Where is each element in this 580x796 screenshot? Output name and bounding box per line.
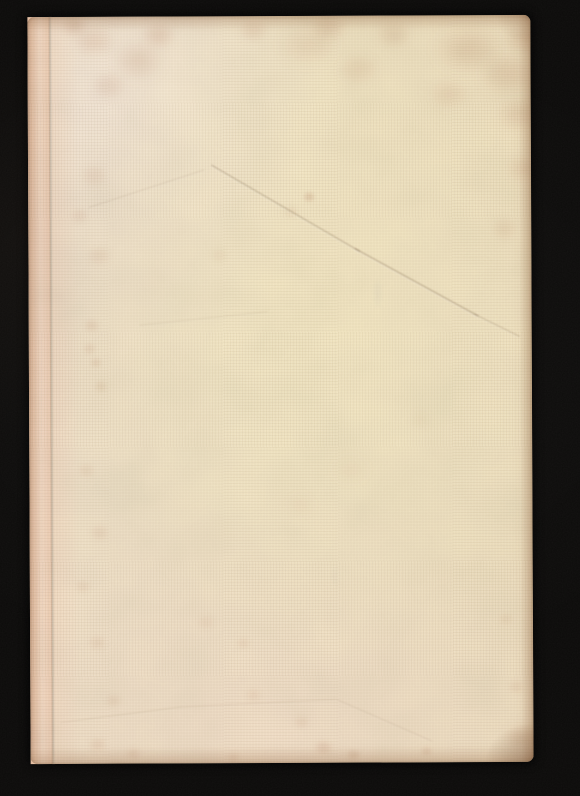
foxing-stain bbox=[503, 676, 529, 698]
foxing-stain bbox=[495, 19, 533, 59]
crease-line bbox=[181, 699, 336, 709]
foxing-stain bbox=[74, 160, 114, 192]
crease-line bbox=[210, 164, 360, 253]
crease-line bbox=[336, 699, 432, 743]
foxing-stain bbox=[343, 746, 365, 764]
foxing-stain bbox=[193, 611, 219, 633]
foxing-stain bbox=[486, 213, 522, 245]
wear-spot bbox=[111, 758, 231, 764]
age-mottling-texture bbox=[27, 15, 533, 764]
foxing-stain bbox=[310, 737, 338, 759]
foxing-stain bbox=[86, 521, 114, 545]
foxing-stain bbox=[489, 90, 534, 138]
foxing-layer bbox=[27, 15, 533, 764]
book-spine-edge bbox=[27, 17, 52, 764]
foxing-stain bbox=[494, 609, 518, 629]
foxing-stain bbox=[471, 46, 534, 102]
foxing-stain bbox=[80, 340, 100, 358]
foxing-stain bbox=[268, 19, 348, 71]
foxing-stain bbox=[369, 16, 417, 52]
foxing-stain bbox=[423, 74, 475, 114]
foxing-stain bbox=[81, 242, 117, 270]
foxing-stain bbox=[232, 634, 254, 652]
foxing-stain bbox=[224, 749, 244, 764]
foxing-stain bbox=[278, 487, 322, 523]
foxing-stain bbox=[103, 34, 173, 86]
foxing-stain bbox=[289, 712, 313, 732]
foxing-stain bbox=[205, 243, 233, 267]
foxing-stain bbox=[122, 744, 146, 764]
foxing-stain bbox=[84, 66, 134, 106]
edge-darkening bbox=[27, 15, 533, 764]
foxing-stain bbox=[497, 717, 533, 757]
crease-layer bbox=[27, 15, 533, 764]
foxing-stain bbox=[134, 17, 182, 53]
book-cover bbox=[27, 15, 533, 764]
gray-smudge bbox=[370, 274, 384, 314]
foxing-stain bbox=[423, 19, 513, 79]
foxing-stain bbox=[84, 734, 112, 756]
foxing-stain bbox=[500, 151, 534, 187]
crease-line bbox=[140, 311, 268, 327]
crease-line bbox=[89, 169, 205, 209]
spine-hinge-shading bbox=[51, 17, 80, 764]
foxing-stain bbox=[322, 448, 378, 492]
foxing-stain bbox=[300, 189, 318, 205]
foxing-stain bbox=[231, 15, 275, 46]
foxing-stain bbox=[418, 743, 436, 759]
scanner-background bbox=[0, 0, 580, 796]
foxing-stain bbox=[84, 632, 110, 654]
foxing-stain bbox=[80, 316, 104, 336]
foxing-stain bbox=[91, 378, 111, 396]
cover-vignette bbox=[27, 15, 533, 764]
foxing-stain bbox=[331, 50, 387, 90]
foxing-stain bbox=[240, 684, 266, 706]
gray-smudge bbox=[329, 562, 341, 590]
crease-line bbox=[473, 313, 520, 338]
foxing-stain bbox=[302, 15, 354, 46]
foxing-stain bbox=[279, 202, 303, 222]
foxing-stain bbox=[87, 355, 105, 371]
foxing-stain bbox=[101, 691, 125, 711]
foxing-stain bbox=[402, 404, 438, 434]
crease-line bbox=[354, 248, 478, 318]
cloth-weave-texture bbox=[27, 15, 533, 764]
